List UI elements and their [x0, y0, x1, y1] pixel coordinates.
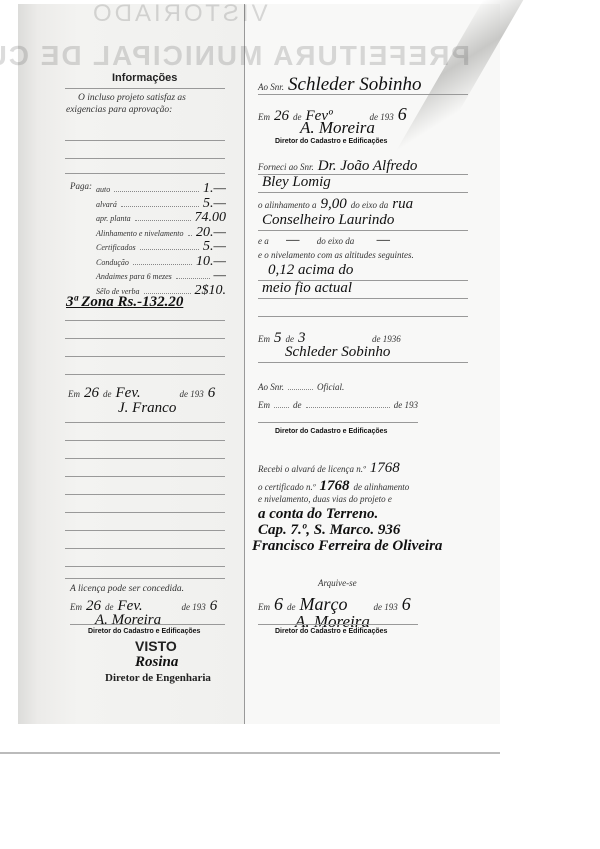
arquive-label: Arquive-se: [318, 578, 357, 588]
date-year-suffix: 6: [402, 594, 411, 615]
right-signature-2: Schleder Sobinho: [285, 344, 390, 361]
recebi-hand-3: Francisco Ferreira de Oliveira: [252, 538, 442, 555]
date-day: 5: [274, 330, 282, 347]
do-eixo-da-label: do eixo da: [317, 236, 355, 246]
recebi-prefix: Recebi o alvará de licença n.º: [258, 464, 366, 474]
fee-label: apr. planta: [96, 214, 131, 223]
fee-label: Condução: [96, 258, 129, 267]
date-year: de 1936: [372, 334, 401, 344]
oficial-line: Ao Snr. Oficial.: [258, 382, 344, 392]
fee-label: Certificados: [96, 243, 136, 252]
arquive-role: Diretor do Cadastro e Edificações: [275, 628, 387, 635]
date-de: de: [105, 602, 114, 612]
date-year-prefix: de 193: [374, 602, 398, 612]
fee-label: alvará: [96, 200, 117, 209]
oficial-date: Em de de 193: [258, 400, 418, 410]
date-year-prefix: de 193: [180, 389, 204, 399]
date-year-suffix: 6: [398, 104, 407, 125]
right-role-1: Diretor do Cadastro e Edificações: [275, 138, 387, 145]
fee-label: Andaimes para 6 mezes: [96, 272, 172, 281]
alvara-number: 1768: [370, 460, 400, 477]
addressee-name: Schleder Sobinho: [288, 74, 422, 96]
alinhamento-line: o alinhamento a 9,00 do eixo da rua: [258, 196, 413, 213]
date-day: 6: [274, 594, 283, 615]
fee-label: auto: [96, 185, 110, 194]
forneci-prefix: Forneci ao Snr.: [258, 162, 314, 172]
addressee: Ao Snr. Schleder Sobinho: [258, 74, 422, 96]
altitude-line-1: 0,12 acima do: [268, 262, 353, 279]
altitude-line-2: meio fio actual: [262, 280, 352, 297]
intro-text: O incluso projeto satisfaz as exigencias…: [66, 92, 226, 116]
date-year-suffix: 6: [210, 598, 218, 615]
approval-role: Diretor do Cadastro e Edificações: [88, 628, 200, 635]
date-prefix: Em: [258, 334, 270, 344]
date-year: de 193: [394, 400, 418, 410]
second-distance-line: e a — do eixo da —: [258, 232, 408, 249]
zona-note: 3ª Zona Rs.-132.20: [66, 294, 183, 311]
certificado-number: 1768: [320, 478, 350, 495]
recebi-line-3: e nivelamento, duas vias do projeto e: [258, 494, 392, 504]
fee-value: 2$10.: [195, 283, 227, 299]
alinhamento-prefix: o alinhamento a: [258, 200, 317, 210]
date-prefix: Em: [258, 112, 270, 122]
forneci-name-2: Bley Lomig: [262, 174, 331, 191]
oficial-prefix: Ao Snr.: [258, 382, 284, 392]
e-a-value: —: [273, 232, 313, 249]
date-prefix: Em: [258, 602, 270, 612]
date-prefix: Em: [258, 400, 270, 410]
visto-label: VISTO: [135, 638, 177, 654]
eixo-label: do eixo da: [351, 200, 389, 210]
alinhamento-distance: 9,00: [321, 196, 347, 213]
left-signature-1: J. Franco: [118, 400, 176, 417]
approval-text: A licença pode ser concedida.: [70, 584, 184, 594]
date-de: de: [287, 602, 296, 612]
visto-signature: Rosina: [135, 654, 178, 671]
recebi-hand-2: Cap. 7.º, S. Marco. 936: [258, 522, 400, 539]
date-prefix: Em: [68, 389, 80, 399]
street-type: rua: [392, 196, 413, 213]
approval-signature: A. Moreira: [95, 612, 161, 629]
date-day: 26: [274, 108, 289, 125]
date-year-prefix: de 193: [182, 602, 206, 612]
certificado-suffix: de alinhamento: [354, 482, 410, 492]
e-a-label: e a: [258, 236, 269, 246]
section-title: Informações: [112, 72, 177, 84]
second-value: —: [358, 232, 408, 249]
paga-label: Paga:: [70, 181, 92, 191]
addressee-prefix: Ao Snr.: [258, 82, 284, 92]
date-de: de: [286, 334, 295, 344]
date-year-suffix: 6: [208, 385, 216, 402]
recebi-hand-1: a conta do Terreno.: [258, 506, 378, 523]
street-name: Conselheiro Laurindo: [262, 212, 394, 229]
forneci-line: Forneci ao Snr. Dr. João Alfredo: [258, 158, 417, 175]
fee-label: Alinhamento e nivelamento: [96, 229, 184, 238]
date-de: de: [103, 389, 112, 399]
nivelamento-text: e o nivelamento com as altitudes seguint…: [258, 250, 414, 260]
oficial-role: Diretor do Cadastro e Edificações: [275, 428, 387, 435]
right-signature-1: A. Moreira: [300, 118, 375, 138]
certificado-prefix: o certificado n.º: [258, 482, 316, 492]
stamp-vistoriado: VISTORIADO: [90, 0, 268, 28]
recebi-line-2: o certificado n.º 1768 de alinhamento: [258, 478, 409, 495]
forneci-name-1: Dr. João Alfredo: [318, 158, 418, 175]
oficial-suffix: Oficial.: [317, 382, 344, 392]
visto-role: Diretor de Engenharia: [105, 672, 211, 684]
recebi-line-1: Recebi o alvará de licença n.º 1768: [258, 460, 400, 477]
scan-edge-line: [0, 752, 500, 754]
date-de: de: [293, 400, 302, 410]
date-day: 26: [84, 385, 99, 402]
date-prefix: Em: [70, 602, 82, 612]
